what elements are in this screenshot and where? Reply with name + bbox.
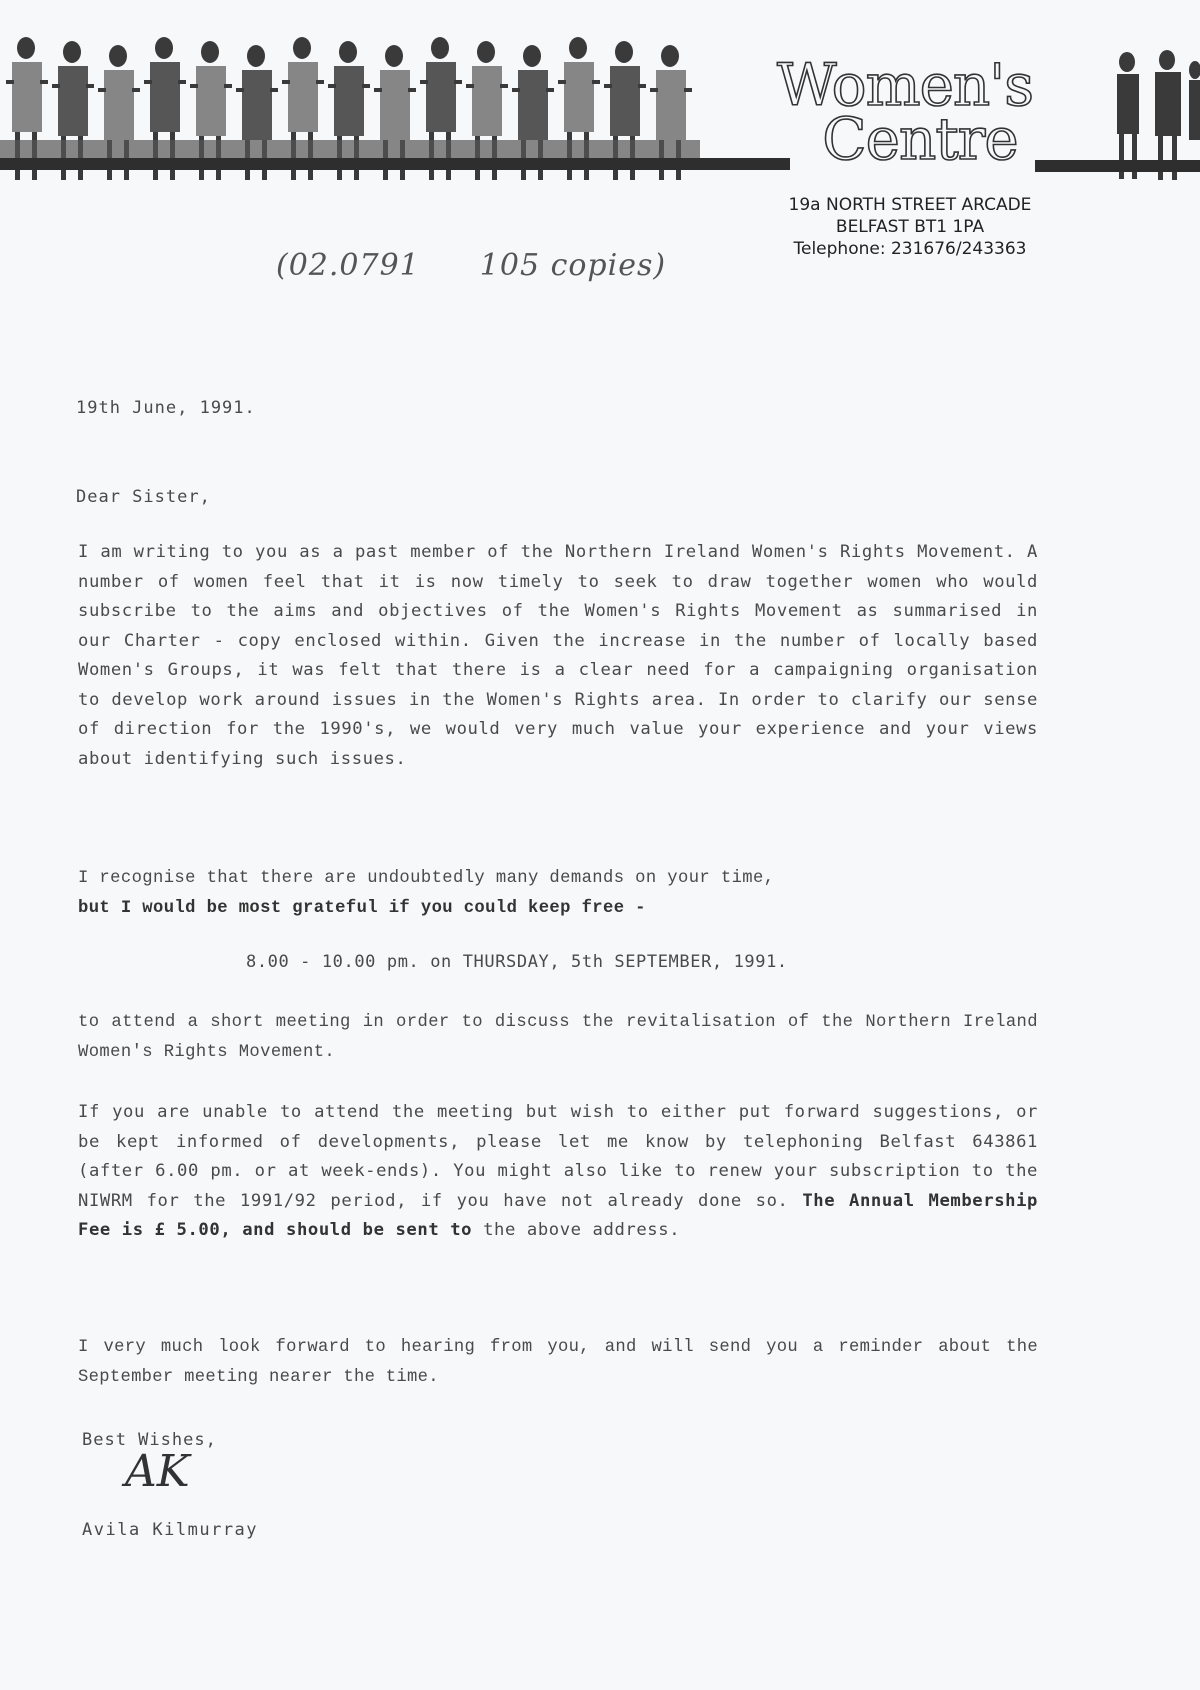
letter-date: 19th June, 1991. [76,398,256,418]
logo-line-2: Centre [790,112,1050,166]
meeting-time: 8.00 - 10.00 pm. on THURSDAY, 5th SEPTEM… [246,952,788,972]
salutation: Dear Sister, [76,487,211,507]
handwritten-annotation: (02.0791105 copies) [276,248,666,283]
header-rule-left [0,158,790,170]
paragraph-request: I recognise that there are undoubtedly m… [78,864,1038,923]
annotation-copies: 105 copies) [480,248,666,283]
header-rule-right [1035,160,1200,172]
womens-centre-logo: Women's Centre [760,58,1050,166]
paragraph-request-line2: but I would be most grateful if you coul… [78,894,1038,924]
handwritten-signature: AK [125,1446,190,1497]
paragraph-intro: I am writing to you as a past member of … [78,538,1038,774]
address-city: BELFAST BT1 1PA [740,216,1080,238]
address-telephone: Telephone: 231676/243363 [740,238,1080,260]
paragraph-purpose: to attend a short meeting in order to di… [78,1008,1038,1067]
annotation-ref: (02.0791 [276,248,420,283]
paragraph-contact-end: the above address. [483,1220,680,1240]
address-street: 19a NORTH STREET ARCADE [740,194,1080,216]
logo-line-1: Women's [760,58,1050,112]
banner-photo-dancing-women [0,20,700,200]
paragraph-contact: If you are unable to attend the meeting … [78,1098,1038,1246]
signer-name: Avila Kilmurray [82,1520,258,1540]
paragraph-request-line1: I recognise that there are undoubtedly m… [78,864,1038,894]
paragraph-closing: I very much look forward to hearing from… [78,1333,1038,1392]
letterhead-address: 19a NORTH STREET ARCADE BELFAST BT1 1PA … [740,194,1080,260]
